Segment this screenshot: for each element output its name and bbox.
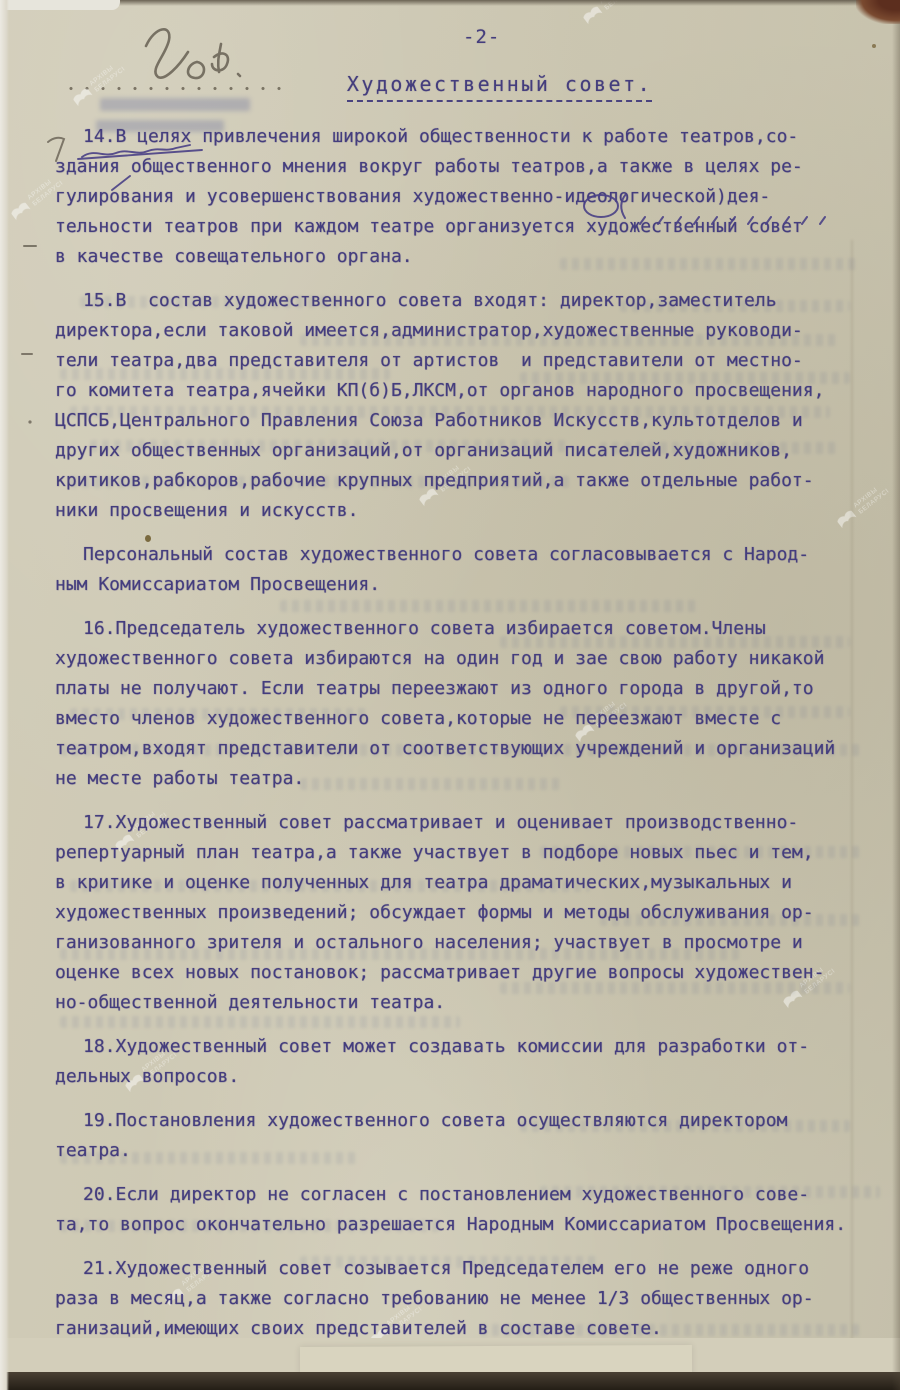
text-line: тели театра,два представителя от артисто… [55, 346, 862, 376]
text-line: ники просвещения и искусств. [55, 496, 862, 526]
text-line: платы не получают. Если театры переезжаю… [55, 674, 862, 704]
paragraph: 15.В состав художественного совета входя… [55, 286, 862, 526]
text-line: но-общественной деятельности театра. [55, 988, 862, 1018]
paragraph: 18.Художественный совет может создавать … [55, 1032, 862, 1092]
text-line: театром,входят представители от соответс… [55, 734, 862, 764]
text-line: репертуарный план театра,а также участву… [55, 838, 862, 868]
scan-edge-top-left [0, 0, 120, 10]
text-line: го комитета театра,ячейки КП(б)Б,ЛКСМ,от… [55, 376, 862, 406]
text-line: художественного совета избираются на оди… [55, 644, 862, 674]
paper-crease [851, 240, 853, 1340]
text-line: раза в месяц,а также согласно требованию… [55, 1284, 862, 1314]
text-line: 19.Постановления художественного совета … [55, 1106, 862, 1136]
text-line: дельных вопросов. [55, 1062, 862, 1092]
scan-edge-left [0, 0, 9, 1390]
text-line: гулирования и усовершенствования художес… [55, 182, 862, 212]
text-line: театра. [55, 1136, 862, 1166]
text-line: художественных произведений; обсуждает ф… [55, 898, 862, 928]
text-line: критиков,рабкоров,рабочие крупных предпр… [55, 466, 862, 496]
paragraph: 21.Художественный совет созывается Предс… [55, 1254, 862, 1344]
scanned-document-page: { "page": { "number_label": "-2-", "titl… [0, 0, 900, 1390]
text-line: 18.Художественный совет может создавать … [55, 1032, 862, 1062]
page-number: -2- [463, 26, 500, 48]
text-line: Персональный состав художественного сове… [55, 540, 862, 570]
document-title-row: Художественный совет. [55, 72, 860, 102]
text-line: здания общественного мнения вокруг работ… [55, 152, 862, 182]
paragraph: 14.В целях привлечения широкой обществен… [55, 122, 862, 272]
text-line: других общественных организаций,от орган… [55, 436, 862, 466]
text-line: ганизованного зрителя и остального насел… [55, 928, 862, 958]
text-line: не месте работы театра. [55, 764, 862, 794]
paragraph: 17.Художественный совет рассматривает и … [55, 808, 862, 1018]
text-line: 16.Председатель художественного совета и… [55, 614, 862, 644]
paragraph: 20.Если директор не согласен с постановл… [55, 1180, 862, 1240]
text-line: та,то вопрос окончательно разрешается На… [55, 1210, 862, 1240]
paragraph: 16.Председатель художественного совета и… [55, 614, 862, 794]
text-line: 15.В состав художественного совета входя… [55, 286, 862, 316]
paper-speck [872, 44, 876, 48]
text-line: 14.В целях привлечения широкой обществен… [55, 122, 862, 152]
text-line: вместо членов художественного совета,кот… [55, 704, 862, 734]
scan-edge-bottom [0, 1372, 900, 1390]
text-line: директора,если таковой имеется,администр… [55, 316, 862, 346]
scan-edge-top [0, 0, 900, 6]
paper-speck [145, 535, 151, 542]
text-line: ным Комиссариатом Просвещения. [55, 570, 862, 600]
text-line: 21.Художественный совет созывается Предс… [55, 1254, 862, 1284]
text-line: в качестве совещательного органа. [55, 242, 862, 272]
text-line: в критике и оценке полученных для театра… [55, 868, 862, 898]
text-line: 20.Если директор не согласен с постановл… [55, 1180, 862, 1210]
text-line: 17.Художественный совет рассматривает и … [55, 808, 862, 838]
paragraph: Персональный состав художественного сове… [55, 540, 862, 600]
scan-edge-right [892, 0, 900, 1390]
document-title: Художественный совет. [347, 72, 652, 102]
paragraph: 19.Постановления художественного совета … [55, 1106, 862, 1166]
text-line: ЦСПСБ,Центрального Правления Союза Работ… [55, 406, 862, 436]
text-line: тельности театров при каждом театре орга… [55, 212, 862, 242]
text-line: оценке всех новых постановок; рассматрив… [55, 958, 862, 988]
document-body: 14.В целях привлечения широкой обществен… [55, 122, 862, 1358]
